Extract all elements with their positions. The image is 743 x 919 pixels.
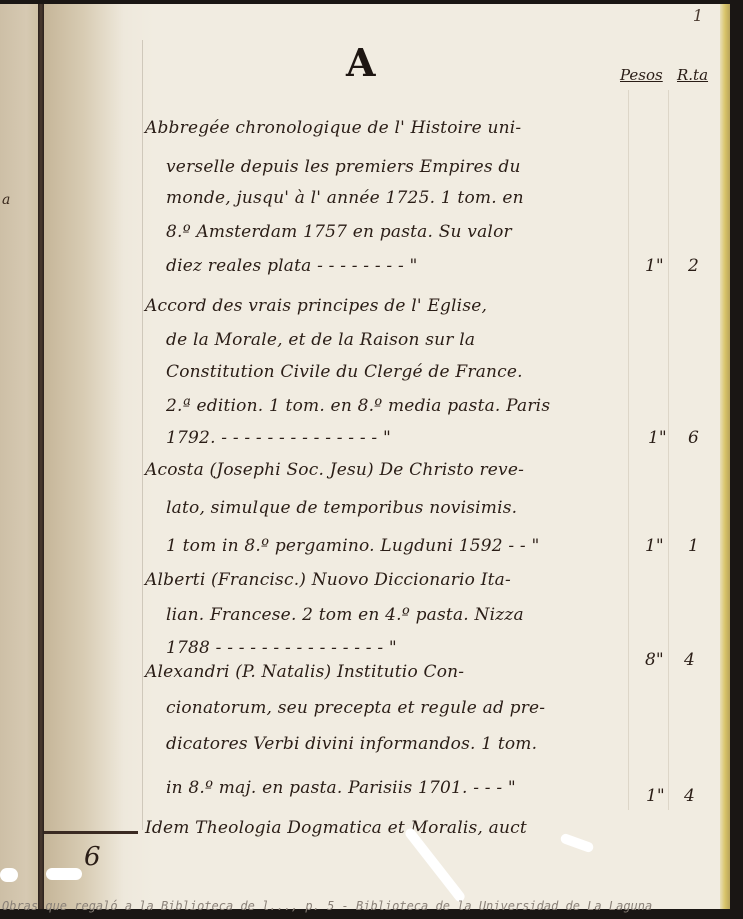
entry-3-pesos: 1" [645, 536, 664, 556]
letter-heading: A [346, 40, 375, 85]
entry-1-line-2: verselle depuis les premiers Empires du [166, 157, 521, 177]
signature-mark: 6 [84, 842, 101, 872]
paper-tear [46, 868, 82, 880]
folio-number: 1 [693, 6, 703, 25]
footer-caption: Obras que regaló a la Biblioteca de l...… [0, 899, 743, 913]
entry-4-line-1: Alberti (Francisc.) Nuovo Diccionario It… [145, 570, 511, 590]
entry-4-line-3: 1788 - - - - - - - - - - - - - - - " [166, 638, 397, 658]
entry-1-line-4: 8.º Amsterdam 1757 en pasta. Su valor [166, 222, 512, 242]
column-rule-pesos [628, 90, 629, 810]
column-header-reales: R.ta [677, 66, 708, 84]
entry-3-line-2: lato, simulque de temporibus novisimis. [166, 498, 517, 518]
entry-2-pesos: 1" [648, 428, 667, 448]
entry-1-line-3: monde, jusqu' à l' année 1725. 1 tom. en [166, 188, 524, 208]
margin-rule [142, 40, 143, 830]
entry-3-line-3: 1 tom in 8.º pergamino. Lugduni 1592 - -… [166, 536, 539, 556]
entry-2-line-2: de la Morale, et de la Raison sur la [166, 330, 475, 350]
entry-2-line-1: Accord des vrais principes de l' Eglise, [145, 296, 487, 316]
entry-1-line-5: diez reales plata - - - - - - - - " [166, 256, 418, 276]
entry-5-reales: 4 [684, 786, 695, 806]
entry-5-line-2: cionatorum, seu precepta et regule ad pr… [166, 698, 545, 718]
entry-2-reales: 6 [688, 428, 699, 448]
entry-5-line-4: in 8.º maj. en pasta. Parisiis 1701. - -… [166, 778, 516, 798]
entry-5-line-3: dicatores Verbi divini informandos. 1 to… [166, 734, 537, 754]
entry-1-reales: 2 [688, 256, 699, 276]
entry-2-line-4: 2.ª edition. 1 tom. en 8.º media pasta. … [166, 396, 550, 416]
entry-3-reales: 1 [688, 536, 699, 556]
entry-4-pesos: 8" [645, 650, 664, 670]
paper-tear [0, 868, 18, 882]
manuscript-page [44, 4, 728, 909]
entry-6-line-1: Idem Theologia Dogmatica et Moralis, auc… [145, 818, 527, 838]
entry-1-line-1: Abbregée chronologique de l' Histoire un… [145, 118, 521, 138]
entry-1-pesos: 1" [645, 256, 664, 276]
entry-3-line-1: Acosta (Josephi Soc. Jesu) De Christo re… [145, 460, 524, 480]
facing-page-fragment: a [2, 192, 10, 208]
entry-2-line-5: 1792. - - - - - - - - - - - - - - " [166, 428, 391, 448]
column-rule-reales [668, 90, 669, 810]
entry-5-pesos: 1" [646, 786, 665, 806]
column-header-pesos: Pesos [620, 66, 663, 84]
page-edge [720, 4, 730, 909]
entry-4-reales: 4 [684, 650, 695, 670]
entry-4-line-2: lian. Francese. 2 tom en 4.º pasta. Nizz… [166, 605, 524, 625]
entry-2-line-3: Constitution Civile du Clergé de France. [166, 362, 523, 382]
entry-5-line-1: Alexandri (P. Natalis) Institutio Con- [145, 662, 464, 682]
bottom-rule [44, 831, 138, 834]
